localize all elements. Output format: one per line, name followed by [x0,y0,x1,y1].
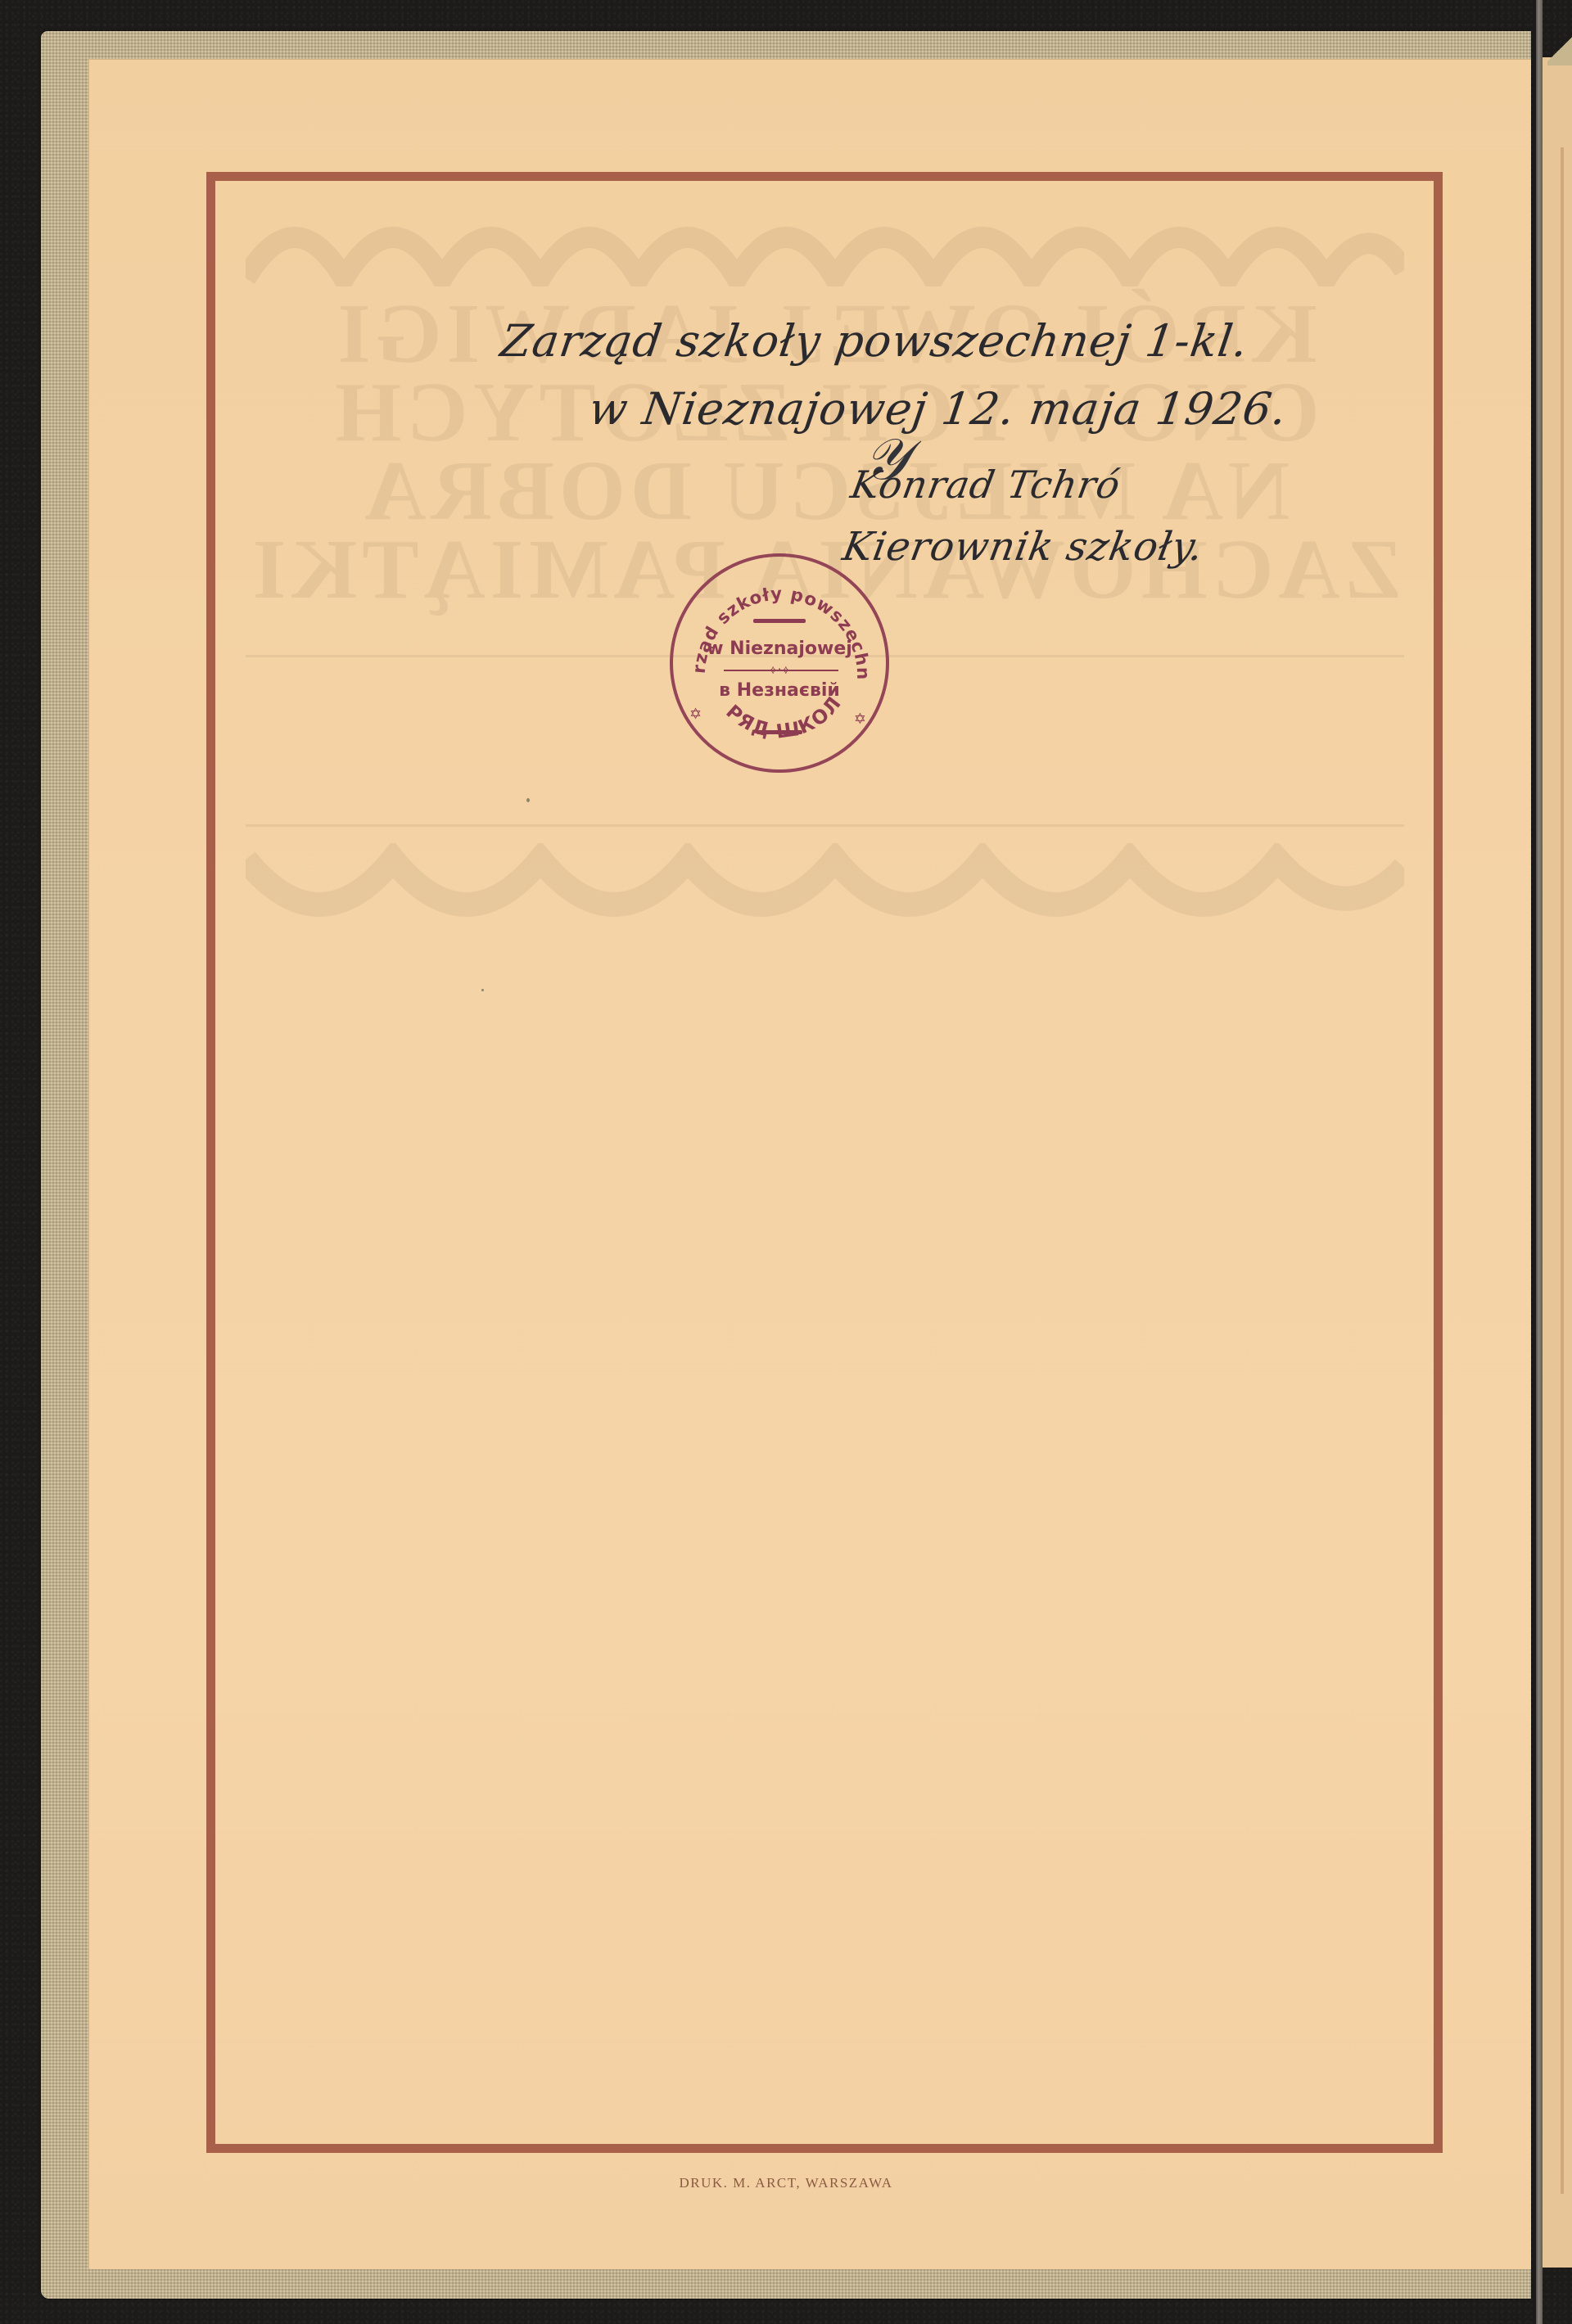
paper-speck [526,798,530,802]
stamp-star-left-icon: ✡ [689,706,702,723]
stamp-divider-ornament-icon: ⟡⋅⟡ [769,661,790,678]
stamp-bar-top [753,619,806,623]
printer-mark: DRUK. M. ARCT, WARSZAWA [0,2175,1572,2191]
signature-title: Kierownik szkoły. [839,524,1207,570]
handwritten-school-name: Zarząd szkoły powszechnej 1-kl. [498,315,1252,367]
stamp-center-polish: w Nieznajowej [673,639,886,659]
signature-name: Konrad Tchró [847,463,1124,507]
stamp-star-right-icon: ✡ [854,711,866,728]
decorative-border-frame [206,172,1443,2153]
adjacent-cover-corner [1547,33,1572,65]
stamp-bar-bottom [757,730,802,734]
paper-speck [481,989,484,991]
adjacent-page-border [1561,147,1564,2194]
stamp-center-ukrainian: в Незнаєвій [673,680,886,701]
handwritten-place-date: w Nieznajowej 12. maja 1926. [586,383,1291,435]
binding-sleeve-edge [1536,0,1543,2324]
school-seal-stamp: Zarząd szkoły powszechnej ЗАРЯД ШКОЛИ w … [670,553,889,773]
adjacent-page-edge [1543,57,1572,2268]
